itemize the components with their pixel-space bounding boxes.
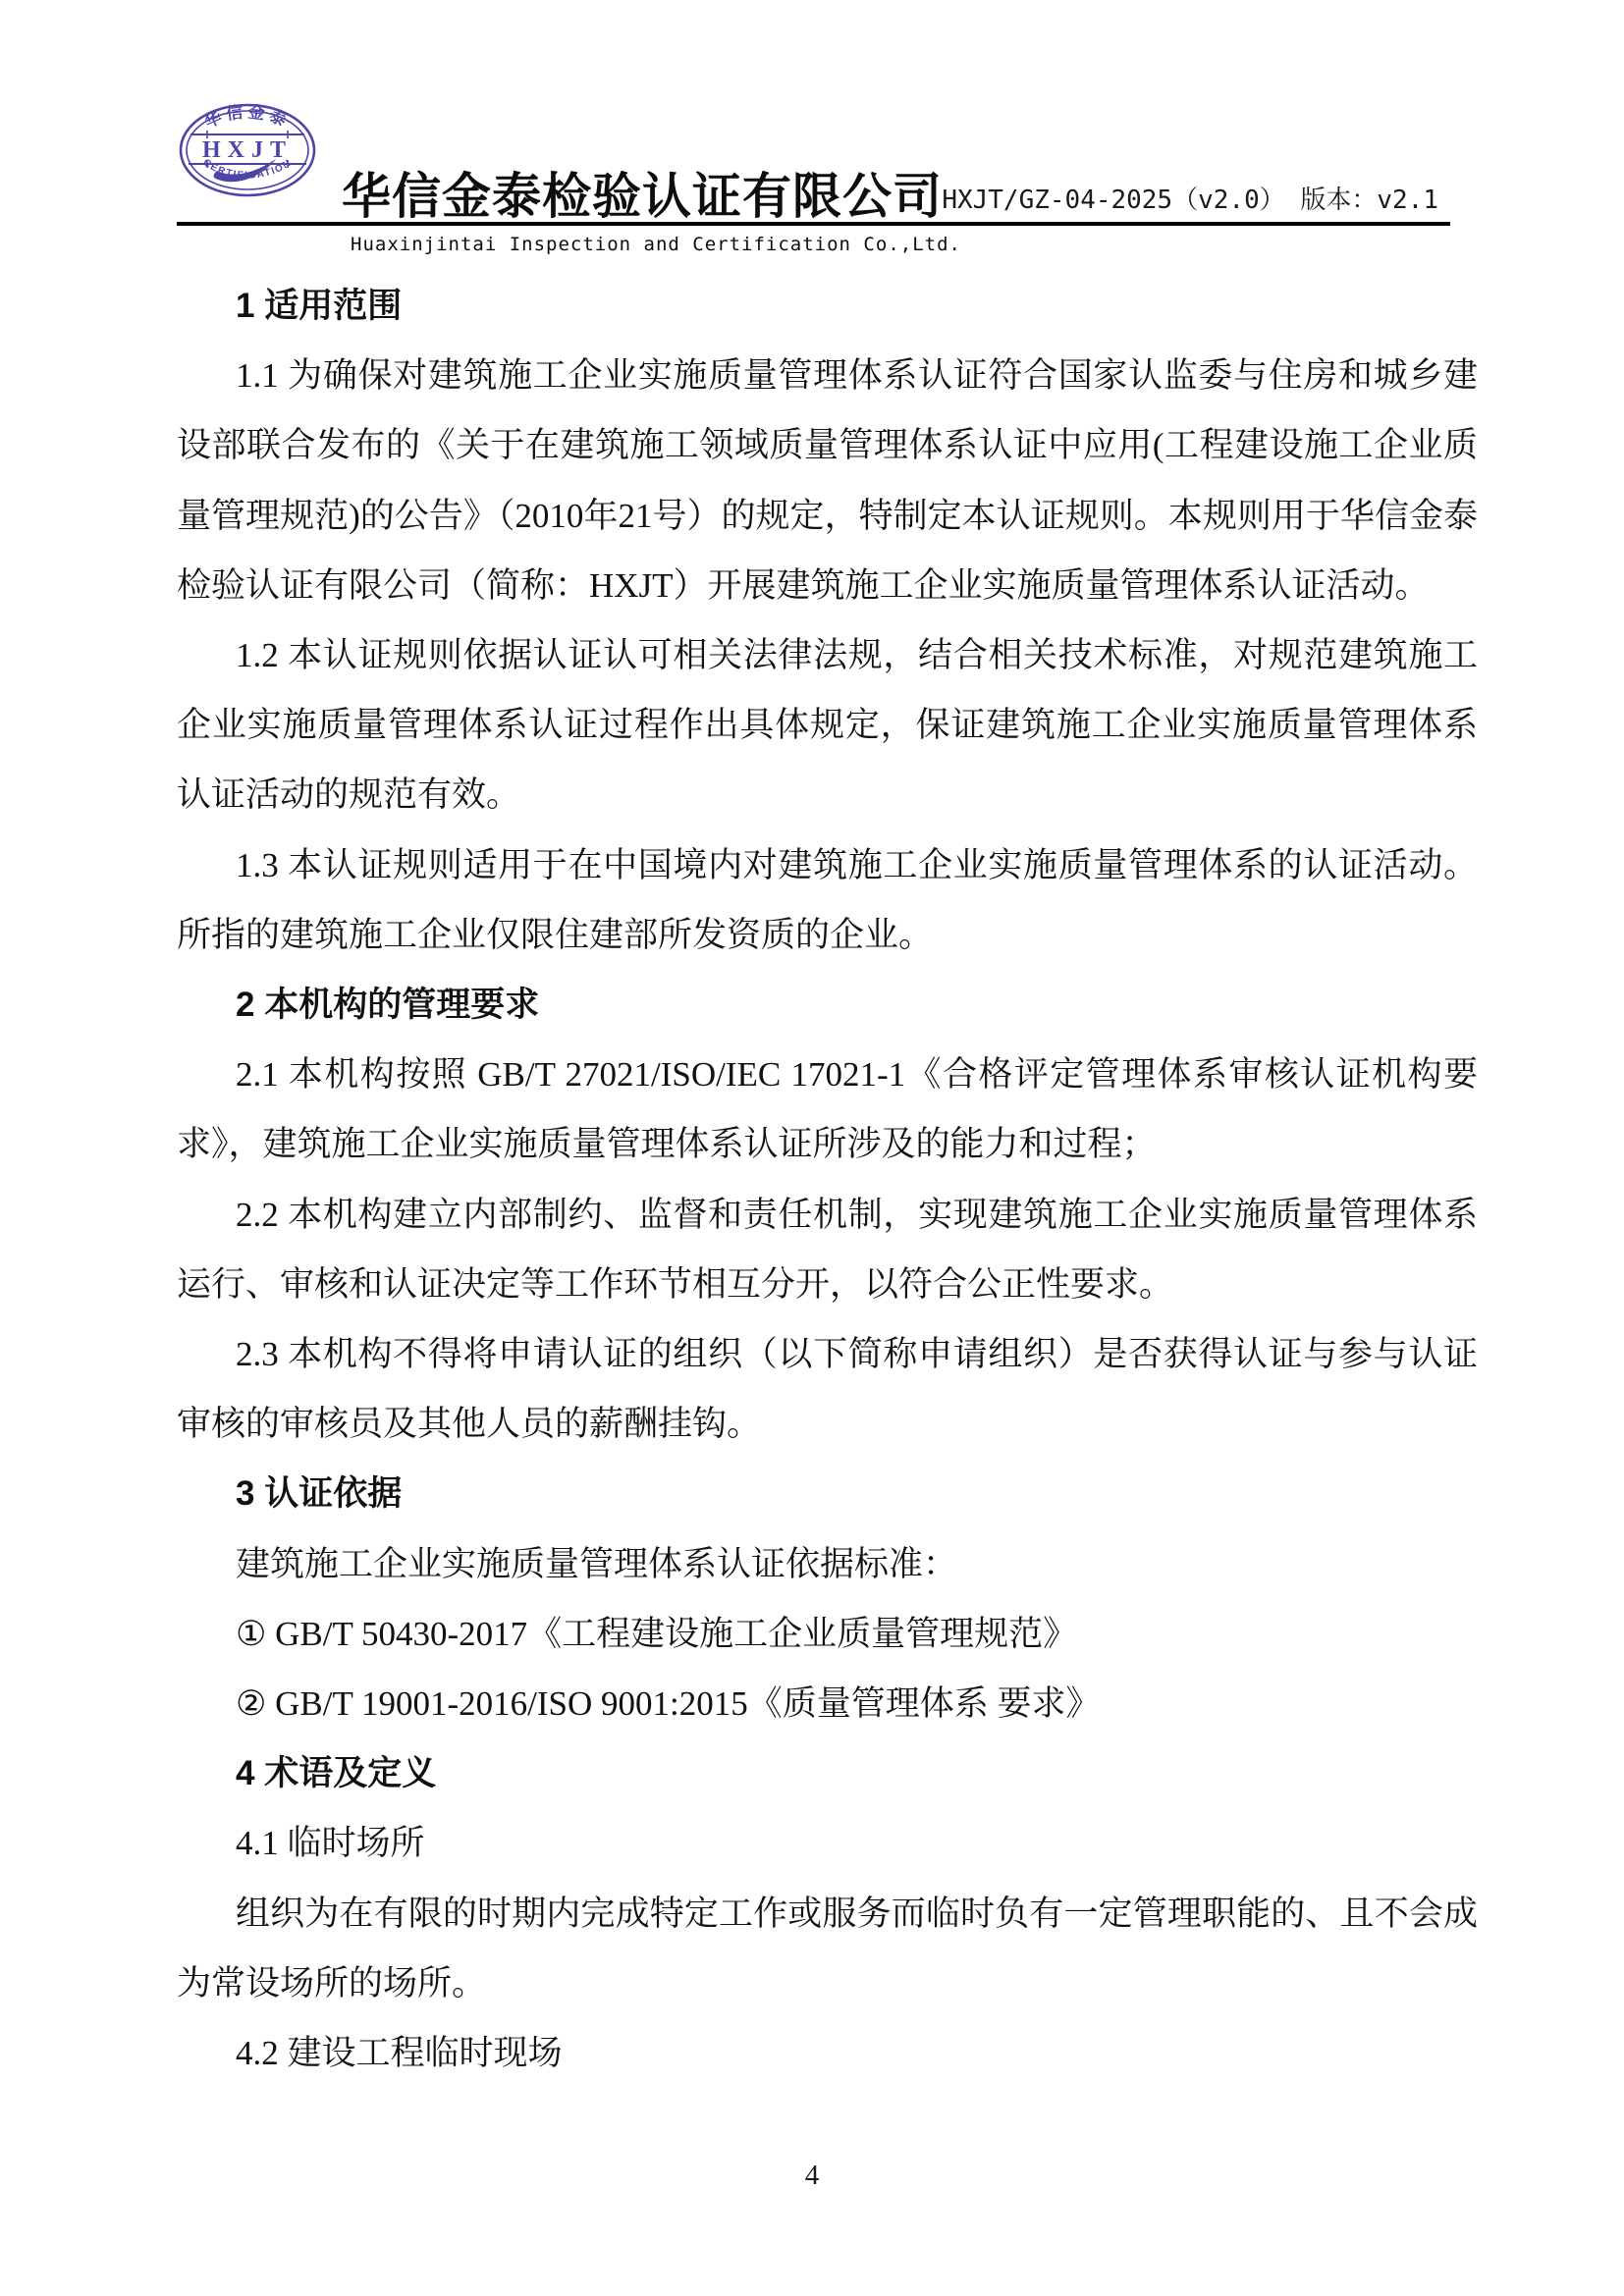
- paragraph-3-intro: 建筑施工企业实施质量管理体系认证依据标准：: [177, 1529, 1478, 1599]
- company-name-zh: 华信金泰检验认证有限公司: [342, 157, 950, 228]
- logo-center-text: HXJT: [202, 137, 293, 163]
- page-number: 4: [0, 2160, 1624, 2192]
- company-seal-icon: HXJT 华信金泰 CERTIFICATION: [178, 102, 317, 198]
- paragraph-2-2: 2.2 本机构建立内部制约、监督和责任机制，实现建筑施工企业实施质量管理体系运行…: [177, 1180, 1478, 1319]
- list-item-1: ① GB/T 50430-2017《工程建设施工企业质量管理规范》: [177, 1599, 1478, 1669]
- paragraph-4-1-def: 组织为在有限的时期内完成特定工作或服务而临时负有一定管理职能的、且不会成为常设场…: [177, 1879, 1478, 2018]
- company-name-en: Huaxinjintai Inspection and Certificatio…: [351, 234, 961, 255]
- section-heading-3: 3 认证依据: [177, 1459, 1478, 1528]
- paragraph-4-1: 4.1 临时场所: [177, 1808, 1478, 1878]
- paragraph-1-3: 1.3 本认证规则适用于在中国境内对建筑施工企业实施质量管理体系的认证活动。所指…: [177, 830, 1478, 970]
- paragraph-4-2: 4.2 建设工程临时现场: [177, 2018, 1478, 2088]
- paragraph-1-2: 1.2 本认证规则依据认证认可相关法律法规，结合相关技术标准，对规范建筑施工企业…: [177, 620, 1478, 830]
- paragraph-2-1: 2.1 本机构按照 GB/T 27021/ISO/IEC 17021-1《合格评…: [177, 1040, 1478, 1179]
- section-heading-4: 4 术语及定义: [177, 1738, 1478, 1808]
- section-heading-2: 2 本机构的管理要求: [177, 970, 1478, 1040]
- paragraph-1-1: 1.1 为确保对建筑施工企业实施质量管理体系认证符合国家认监委与住房和城乡建设部…: [177, 341, 1478, 620]
- section-heading-1: 1 适用范围: [177, 271, 1478, 341]
- paragraph-2-3: 2.3 本机构不得将申请认证的组织（以下简称申请组织）是否获得认证与参与认证审核…: [177, 1319, 1478, 1459]
- doc-number: HXJT/GZ-04-2025（v2.0） 版本：v2.1: [942, 180, 1438, 216]
- header-rule: [177, 222, 1450, 226]
- list-item-2: ② GB/T 19001-2016/ISO 9001:2015《质量管理体系 要…: [177, 1669, 1478, 1738]
- document-body: 1 适用范围 1.1 为确保对建筑施工企业实施质量管理体系认证符合国家认监委与住…: [177, 271, 1478, 2088]
- document-page: HXJT 华信金泰 CERTIFICATION 华信金泰检验认证有限公司 HXJ…: [0, 0, 1624, 2296]
